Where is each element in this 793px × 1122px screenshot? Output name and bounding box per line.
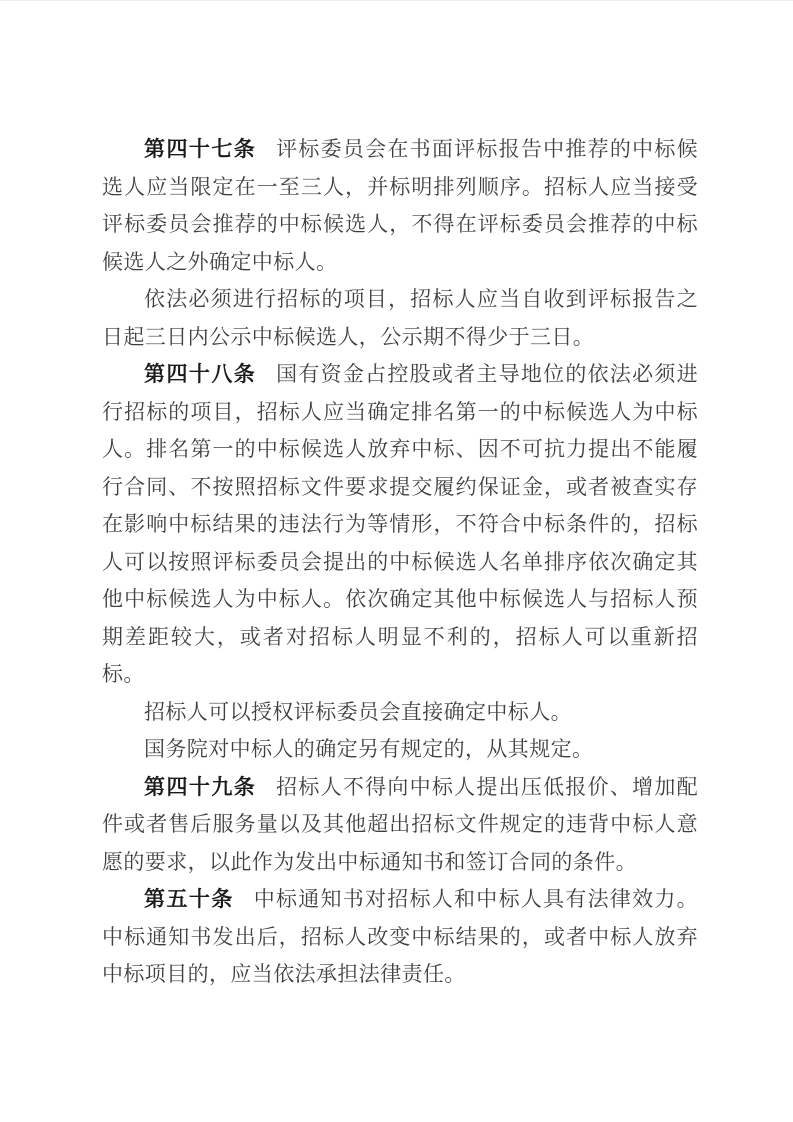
paragraph-text: 招标人可以授权评标委员会直接确定中标人。 [144, 700, 572, 724]
law-text-block: 第四十七条评标委员会在书面评标报告中推荐的中标候选人应当限定在一至三人，并标明排… [102, 131, 698, 994]
law-paragraph-article-50: 第五十条中标通知书对招标人和中标人具有法律效力。中标通知书发出后，招标人改变中标… [102, 881, 698, 994]
article-number: 第五十条 [144, 888, 234, 911]
article-number: 第四十九条 [144, 776, 256, 799]
article-number: 第四十八条 [144, 363, 256, 386]
document-page: 第四十七条评标委员会在书面评标报告中推荐的中标候选人应当限定在一至三人，并标明排… [0, 0, 793, 1122]
law-paragraph: 国务院对中标人的确定另有规定的，从其规定。 [102, 731, 698, 769]
law-paragraph-article-49: 第四十九条招标人不得向中标人提出压低报价、增加配件或者售后服务量以及其他超出招标… [102, 769, 698, 882]
paragraph-text: 国务院对中标人的确定另有规定的，从其规定。 [144, 737, 593, 761]
law-paragraph: 依法必须进行招标的项目，招标人应当自收到评标报告之日起三日内公示中标候选人，公示… [102, 281, 698, 356]
law-paragraph-article-47: 第四十七条评标委员会在书面评标报告中推荐的中标候选人应当限定在一至三人，并标明排… [102, 131, 698, 281]
paragraph-text: 国有资金占控股或者主导地位的依法必须进行招标的项目，招标人应当确定排名第一的中标… [102, 362, 698, 686]
law-paragraph-article-48: 第四十八条国有资金占控股或者主导地位的依法必须进行招标的项目，招标人应当确定排名… [102, 356, 698, 694]
law-paragraph: 招标人可以授权评标委员会直接确定中标人。 [102, 694, 698, 732]
paragraph-text: 依法必须进行招标的项目，招标人应当自收到评标报告之日起三日内公示中标候选人，公示… [102, 287, 698, 349]
article-number: 第四十七条 [144, 138, 256, 161]
